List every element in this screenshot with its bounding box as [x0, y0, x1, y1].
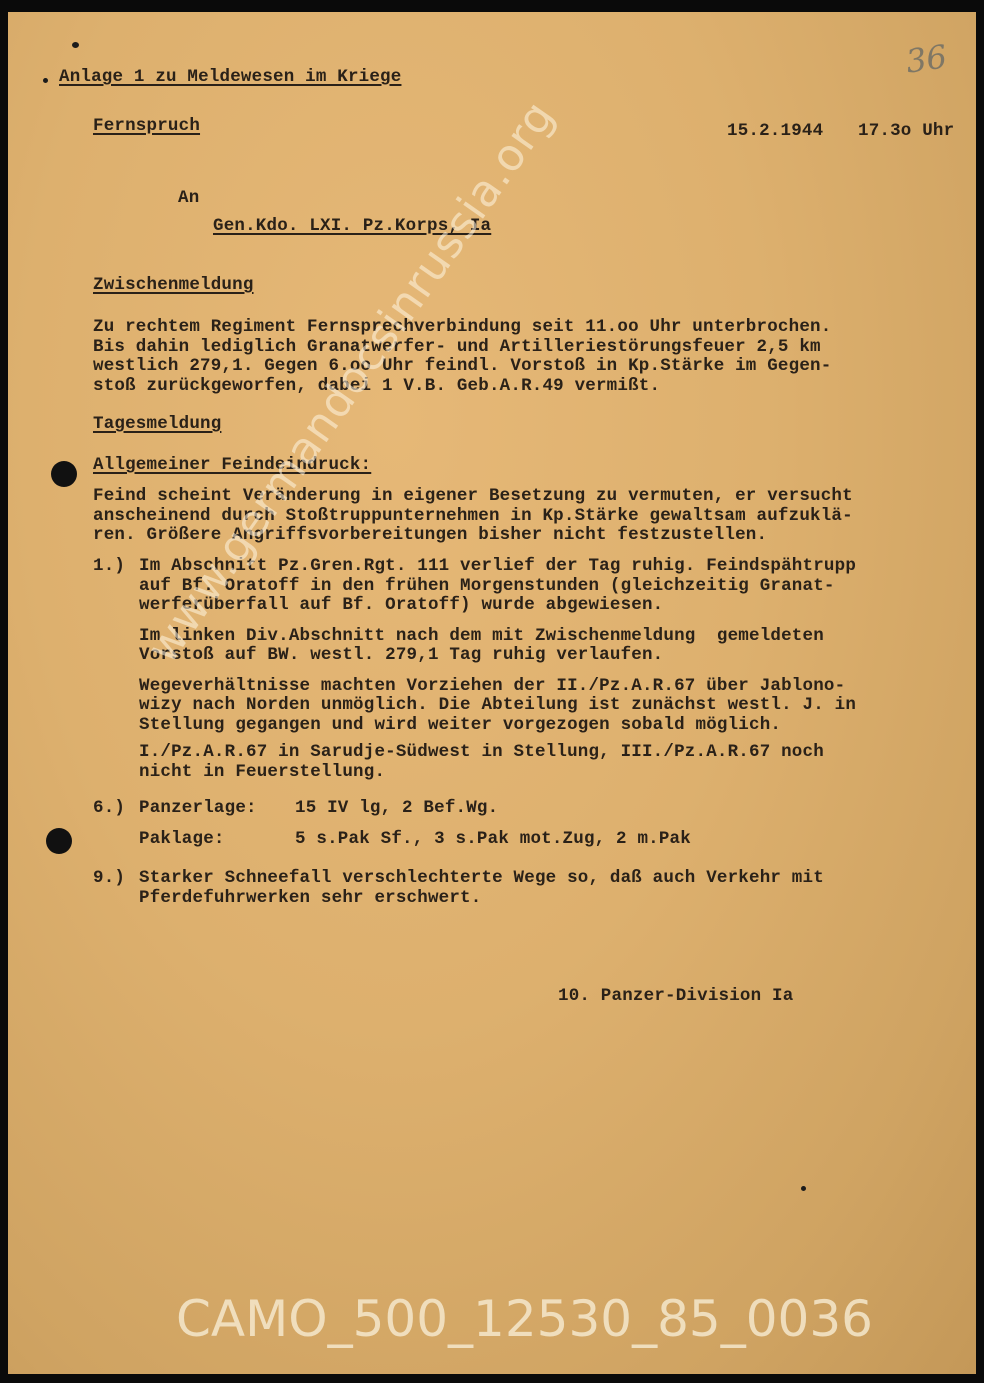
punch-hole — [51, 461, 77, 487]
text-line: Im linken Div.Abschnitt nach dem mit Zwi… — [139, 627, 856, 647]
message-time: 17.3o Uhr — [858, 122, 954, 142]
item-number-9: 9.) — [93, 869, 125, 889]
handwritten-page-number: 36 — [904, 37, 950, 80]
text-line: nicht in Feuerstellung. — [139, 763, 856, 783]
text-line: Starker Schneefall verschlechterte Wege … — [139, 869, 824, 889]
text-line: anscheinend durch Stoßtruppunternehmen i… — [93, 507, 853, 527]
text-line: Bis dahin lediglich Granatwerfer- und Ar… — [93, 338, 831, 358]
text-line: Stellung gegangen und wird weiter vorgez… — [139, 716, 856, 736]
text-line: wizy nach Norden unmöglich. Die Abteilun… — [139, 696, 856, 716]
text-line: Wegeverhältnisse machten Vorziehen der I… — [139, 677, 856, 697]
text-line: Vorstoß auf BW. westl. 279,1 Tag ruhig v… — [139, 646, 856, 666]
ink-speck — [801, 1186, 806, 1191]
text-line: stoß zurückgeworfen, dabei 1 V.B. Geb.A.… — [93, 377, 831, 397]
panzerlage-value: 15 IV lg, 2 Bef.Wg. — [295, 799, 498, 819]
recipient-label: An — [178, 189, 199, 209]
section-heading-tagesmeldung: Tagesmeldung — [93, 415, 221, 435]
document-header-title: Anlage 1 zu Meldewesen im Kriege — [59, 68, 401, 88]
feindeindruck-body: Feind scheint Veränderung in eigener Bes… — [93, 487, 853, 546]
document-page: 36 Anlage 1 zu Meldewesen im Kriege Fern… — [8, 12, 976, 1374]
item-9-body: Starker Schneefall verschlechterte Wege … — [139, 869, 824, 908]
text-line: auf Bf. Oratoff in den frühen Morgenstun… — [139, 577, 856, 597]
zwischenmeldung-body: Zu rechtem Regiment Fernsprechverbindung… — [93, 318, 831, 396]
ink-speck — [72, 42, 79, 48]
paklage-value: 5 s.Pak Sf., 3 s.Pak mot.Zug, 2 m.Pak — [295, 830, 691, 850]
paklage-label: Paklage: — [139, 830, 225, 850]
item-number-6: 6.) — [93, 799, 125, 819]
text-line: Zu rechtem Regiment Fernsprechverbindung… — [93, 318, 831, 338]
ink-speck — [43, 78, 48, 83]
punch-hole — [46, 828, 72, 854]
text-line: I./Pz.A.R.67 in Sarudje-Südwest in Stell… — [139, 743, 856, 763]
text-line: Feind scheint Veränderung in eigener Bes… — [93, 487, 853, 507]
section-heading-zwischenmeldung: Zwischenmeldung — [93, 276, 254, 296]
item-number-1: 1.) — [93, 557, 125, 577]
message-date: 15.2.1944 — [727, 122, 823, 142]
text-line: werferüberfall auf Bf. Oratoff) wurde ab… — [139, 596, 856, 616]
item-1-body: Im Abschnitt Pz.Gren.Rgt. 111 verlief de… — [139, 557, 856, 782]
message-type: Fernspruch — [93, 117, 200, 137]
text-line: Pferdefuhrwerken sehr erschwert. — [139, 889, 824, 909]
signature-unit: 10. Panzer-Division Ia — [558, 987, 793, 1007]
panzerlage-label: Panzerlage: — [139, 799, 257, 819]
feindeindruck-heading: Allgemeiner Feindeindruck: — [93, 456, 371, 476]
text-line: westlich 279,1. Gegen 6.oo Uhr feindl. V… — [93, 357, 831, 377]
archive-id-label: CAMO_500_12530_85_0036 — [176, 1290, 873, 1348]
